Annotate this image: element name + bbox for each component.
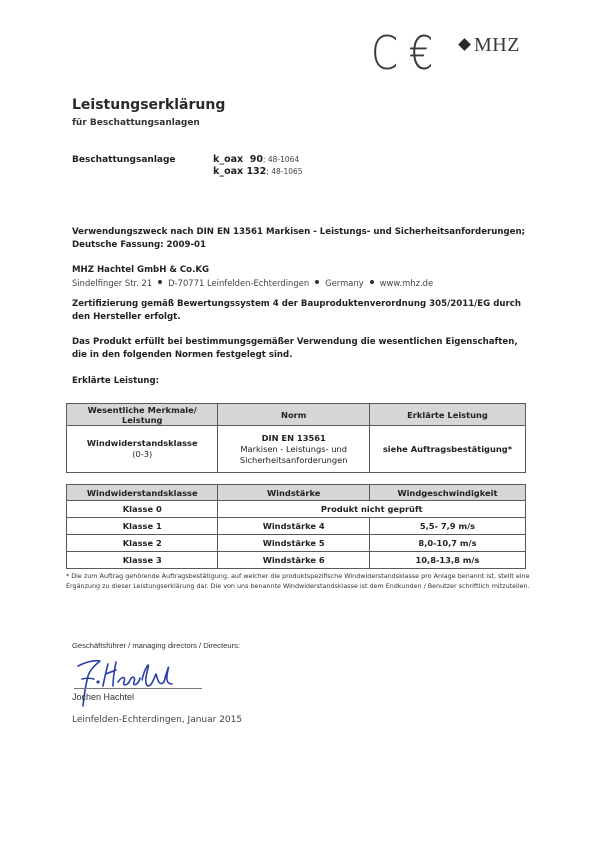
signatory-name: Jochen Hachtel [72,692,134,702]
address-city: D-70771 Leinfelden-Echterdingen [168,278,309,288]
product-label: Beschattungsanlage [72,155,176,165]
diamond-icon [458,38,471,51]
force-cell: Windstärke 4 [218,518,369,535]
bullet-icon [315,280,319,284]
website-link[interactable]: www.mhz.de [380,278,433,288]
wind-class-table: Windwiderstandsklasse Windstärke Windges… [66,484,526,569]
ce-mark: C€ [368,28,441,78]
class-cell: Klasse 1 [67,518,218,535]
col-header: Windgeschwindigkeit [369,485,525,501]
purpose-statement: Verwendungszweck nach DIN EN 13561 Marki… [72,226,532,252]
table-header-row: Wesentliche Merkmale/ Leistung Norm Erkl… [67,404,526,426]
footnote: * Die zum Auftrag gehörende Auftragsbest… [66,572,536,591]
col-header: Windwiderstandsklasse [67,485,218,501]
conformity-statement: Das Produkt erfüllt bei bestimmungsgemäß… [72,336,532,362]
col-header: Norm [218,404,369,426]
signature-label: Geschäftsführer / managing directors / D… [72,641,240,650]
performance-cell: siehe Auftragsbestätigung* [369,426,525,473]
table-header-row: Windwiderstandsklasse Windstärke Windges… [67,485,526,501]
force-cell: Windstärke 5 [218,535,369,552]
speed-cell: 8,0-10,7 m/s [369,535,525,552]
address-street: Sindelfinger Str. 21 [72,278,152,288]
speed-cell: 10,8-13,8 m/s [369,552,525,569]
class-cell: Klasse 3 [67,552,218,569]
norm-cell: DIN EN 13561Markisen - Leistungs- undSic… [218,426,369,473]
company-name: MHZ Hachtel GmbH & Co.KG [72,264,532,277]
product-item: k_oax 132; 48-1065 [213,166,303,178]
place-and-date: Leinfelden-Echterdingen, Januar 2015 [72,715,242,725]
declared-heading: Erklärte Leistung: [72,375,532,388]
col-header: Erklärte Leistung [369,404,525,426]
table-row: Windwiderstandsklasse(0-3) DIN EN 13561M… [67,426,526,473]
class-cell: Klasse 2 [67,535,218,552]
address-country: Germany [325,278,364,288]
brand-mark: MHZ [460,34,520,57]
note-cell: Produkt nicht geprüft [218,501,526,518]
table-row: Klasse 2 Windstärke 5 8,0-10,7 m/s [67,535,526,552]
signature-icon [72,652,192,712]
product-item: k_oax 90; 48-1064 [213,154,303,166]
signature-line [74,688,202,689]
class-cell: Klasse 0 [67,501,218,518]
page-title: Leistungserklärung [72,97,225,113]
certification-statement: Zertifizierung gemäß Bewertungssystem 4 … [72,298,532,324]
speed-cell: 5,5- 7,9 m/s [369,518,525,535]
company-address: Sindelfinger Str. 21D-70771 Leinfelden-E… [72,278,433,288]
bullet-icon [370,280,374,284]
bullet-icon [158,280,162,284]
table-row: Klasse 3 Windstärke 6 10,8-13,8 m/s [67,552,526,569]
force-cell: Windstärke 6 [218,552,369,569]
col-header: Wesentliche Merkmale/ Leistung [67,404,218,426]
col-header: Windstärke [218,485,369,501]
table-row: Klasse 0 Produkt nicht geprüft [67,501,526,518]
ce-mhz-logo: C€ MHZ [368,28,558,78]
brand-name: MHZ [474,34,520,56]
declared-performance-table: Wesentliche Merkmale/ Leistung Norm Erkl… [66,403,526,473]
product-list: k_oax 90; 48-1064 k_oax 132; 48-1065 [213,154,303,178]
table-row: Klasse 1 Windstärke 4 5,5- 7,9 m/s [67,518,526,535]
feature-cell: Windwiderstandsklasse(0-3) [67,426,218,473]
page-subtitle: für Beschattungsanlagen [72,118,200,128]
